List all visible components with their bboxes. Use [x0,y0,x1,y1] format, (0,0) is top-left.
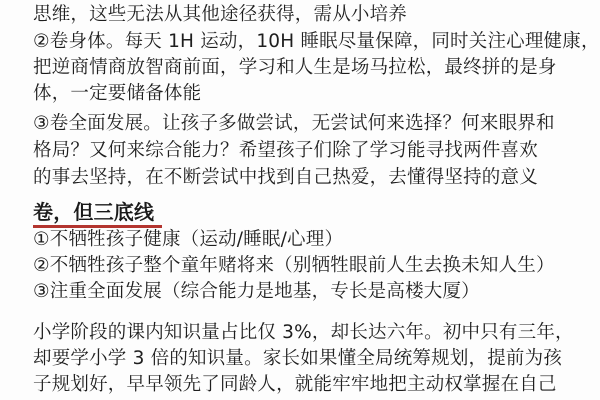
text-line: 子规划好，早早领先了同龄人，就能牢牢地把主动权掌握在自己 [33,373,557,397]
section-heading: 卷，但三底线 [33,199,154,225]
text-line: 体，一定要储备体能 [33,82,201,106]
list-item: ②不牺牲孩子整个童年赌将来（别牺牲眼前人生去换未知人生） [33,254,555,278]
text-line: 把逆商情商放智商前面，学习和人生是场马拉松，最终拼的是身 [33,56,557,80]
text-line: ③卷全面发展。让孩子多做尝试，无尝试何来选择？何来眼界和 [33,112,555,136]
text-line: 格局？又何来综合能力？希望孩子们除了学习能寻找两件喜欢 [33,139,538,163]
list-item: ③注重全面发展（综合能力是地基，专长是高楼大厦） [33,280,480,304]
text-line: 却要学小学 3 倍的知识量。家长如果懂全局统筹规划，提前为孩 [33,347,562,371]
text-line: 的事去坚持，在不断尝试中找到自己热爱，去懂得坚持的意义 [33,166,538,190]
document-page: 思维，这些无法从其他途径获得，需从小培养 ②卷身体。每天 1H 运动，10H 睡… [0,0,600,400]
list-item: ①不牺牲孩子健康（运动/睡眠/心理） [33,228,343,252]
text-line: 小学阶段的课内知识量占比仅 3%，却长达六年。初中只有三年， [33,321,574,345]
text-line: ②卷身体。每天 1H 运动，10H 睡眠尽量保障，同时关注心理健康， [33,30,600,54]
text-line: 思维，这些无法从其他途径获得，需从小培养 [33,3,407,27]
